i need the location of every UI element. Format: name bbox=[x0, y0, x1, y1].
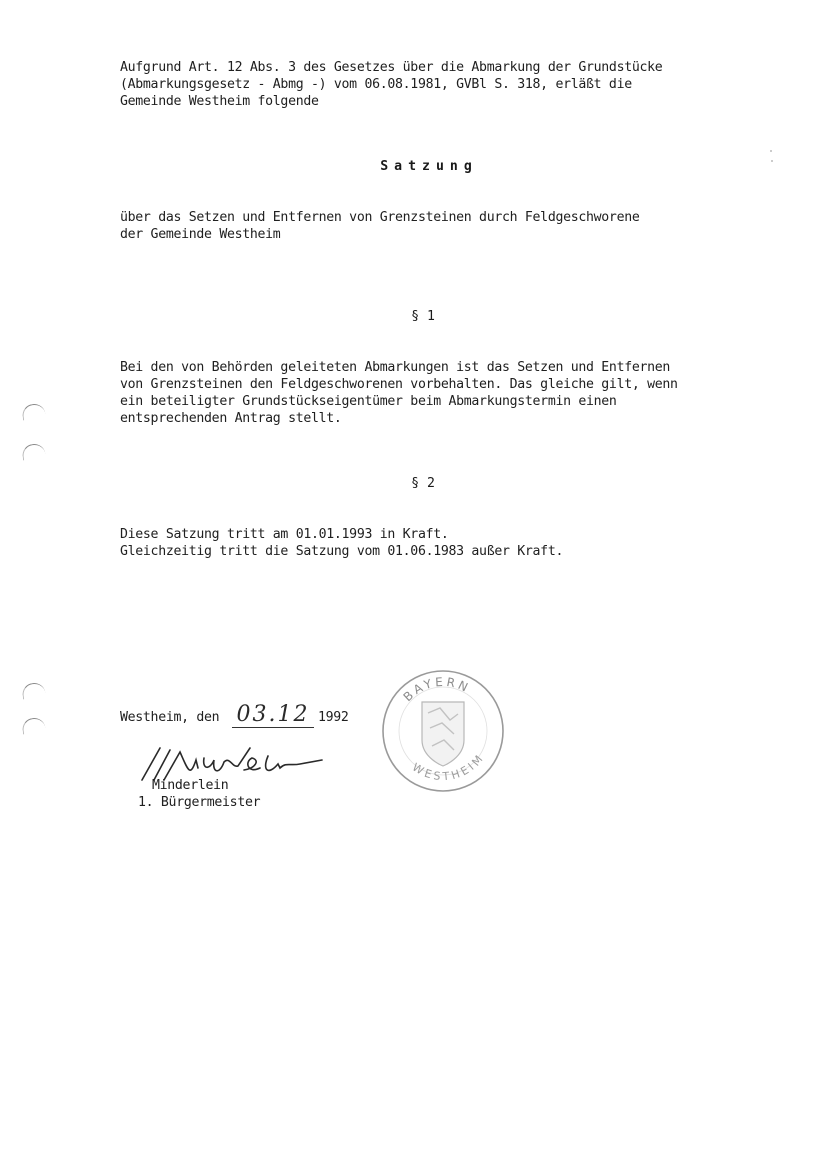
preamble-line: Gemeinde Westheim folgende bbox=[120, 93, 319, 110]
date-year: 1992 bbox=[318, 709, 349, 726]
scan-speck bbox=[770, 150, 772, 152]
preamble-line: (Abmarkungsgesetz - Abmg -) vom 06.08.19… bbox=[120, 76, 632, 93]
handwritten-date: 03.12 bbox=[232, 703, 314, 728]
section-1-line: ein beteiligter Grundstückseigentümer be… bbox=[120, 393, 617, 410]
preamble-line: Aufgrund Art. 12 Abs. 3 des Gesetzes übe… bbox=[120, 59, 662, 76]
section-1-line: von Grenzsteinen den Feldgeschworenen vo… bbox=[120, 376, 678, 393]
margin-mark bbox=[21, 442, 46, 460]
section-1-line: entsprechenden Antrag stellt. bbox=[120, 410, 342, 427]
subtitle-line: der Gemeinde Westheim bbox=[120, 226, 280, 243]
section-1-line: Bei den von Behörden geleiteten Abmarkun… bbox=[120, 359, 670, 376]
section-1-heading: § 1 bbox=[10, 309, 826, 324]
section-2-line: Gleichzeitig tritt die Satzung vom 01.06… bbox=[120, 543, 563, 560]
section-2-line: Diese Satzung tritt am 01.01.1993 in Kra… bbox=[120, 526, 449, 543]
official-seal-stamp: BAYERN WESTHEIM bbox=[380, 668, 506, 794]
margin-mark bbox=[21, 402, 46, 420]
margin-mark bbox=[21, 681, 46, 699]
signer-name: Minderlein bbox=[152, 777, 228, 794]
document-title: Satzung bbox=[16, 159, 826, 174]
place-prefix: Westheim, den bbox=[120, 709, 219, 726]
margin-mark bbox=[21, 716, 46, 734]
signer-role: 1. Bürgermeister bbox=[138, 794, 260, 811]
subtitle-line: über das Setzen und Entfernen von Grenzs… bbox=[120, 209, 640, 226]
section-2-heading: § 2 bbox=[10, 476, 826, 491]
